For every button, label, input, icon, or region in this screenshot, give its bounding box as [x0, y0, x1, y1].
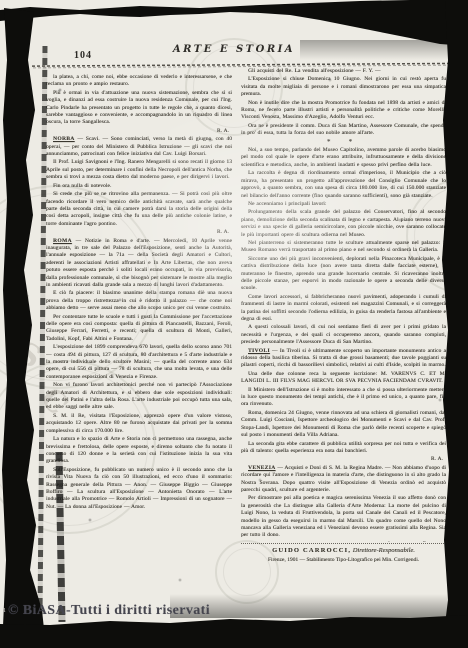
signature: R. A. — [46, 128, 229, 135]
paragraph: Non è inutile dire che la mostra Promotr… — [241, 100, 446, 122]
scan-shadow-bottom — [170, 594, 468, 618]
paragraph: Per dimostrare poi alla poetica e magica… — [241, 495, 446, 539]
paragraph: ROMA — Notizie in Roma e d'arte. — Merco… — [46, 238, 232, 290]
asterism-divider: * * — [241, 139, 446, 146]
paragraph: La seconda gita ebbe carattere di pubbli… — [241, 441, 446, 456]
paragraph: Per contentare tutte le scuole e tutti i… — [46, 314, 232, 344]
paragraph: Fin ora nulla di notevole. — [46, 183, 232, 190]
paragraph: S. M. il Re, visitata l'Esposizione, app… — [46, 413, 232, 435]
paragraph: Siccome uno dei più gravi inconvenienti,… — [241, 256, 446, 293]
scanned-page: E S C 104 ARTE E STORIA la platea, a chi… — [0, 0, 468, 648]
paragraph: NORBA — Scavi. — Sono cominciati, verso … — [46, 136, 232, 158]
paragraph: Noi, a suo tempo, parlando del Museo Cap… — [241, 147, 446, 169]
paragraph: Il Prof. Luigi Savignoni e l'Ing. Ranero… — [46, 159, 232, 181]
column-right: Gli acquisti del Re. La vendita all'espo… — [241, 68, 446, 542]
section-heading-venezia: VENEZIA — [248, 465, 276, 471]
paragraph: Gli acquisti del Re. La vendita all'espo… — [241, 68, 446, 75]
paragraph: Roma, domenica 24 Giugno, venne rinnovat… — [241, 410, 446, 440]
imprint-box: GUIDO CARROCCI, Direttore-Responsabile. … — [241, 543, 446, 564]
paragraph: La natura e lo spazio di Arte e Storia n… — [46, 436, 232, 466]
paragraph: L'esposizione del 1899 comprendeva 670 l… — [46, 344, 232, 381]
paragraph: VENEZIA — Acquisti e Doni di S. M. la Re… — [241, 465, 446, 495]
paragraph: E ciò fa piacere: il biasimo unanime del… — [46, 290, 232, 312]
paragraph: Prolungamento della scala grande del pal… — [241, 209, 446, 239]
imprint-line: Firenze, 1901 — Stabilimento Tipo-Litogr… — [241, 556, 446, 564]
paragraph: A questi colossali lavori, di cui noi se… — [241, 324, 446, 346]
director-name: GUIDO CARROCCI, — [272, 547, 351, 554]
paragraph: TIVOLI — In Tivoli si è ultimamente scop… — [241, 348, 446, 370]
paragraph: Ne accenniamo i principali lavori: — [241, 201, 446, 208]
paragraph: L'Esposizione si chiuse Domenica 10 Giug… — [241, 76, 446, 98]
section-heading-norba: NORBA — [53, 136, 75, 142]
paragraph: Una delle due colonne reca la seguente i… — [241, 371, 446, 386]
paragraph: Come lavori accessori, si fabbricheranno… — [241, 294, 446, 324]
signature: R. A. — [241, 456, 443, 463]
section-heading-roma: ROMA — [53, 238, 72, 244]
paragraph: Il Ministero dell'Istruzione si è molto … — [241, 387, 446, 409]
paragraph: Non vi furono lavori architettonici perc… — [46, 382, 232, 412]
paragraph: Sull'Esposizione, fu pubblicato un numer… — [46, 467, 232, 511]
copyright-watermark: © BiASA-Tutti i diritti riservati — [8, 603, 210, 619]
edge-mark: 1 — [3, 608, 6, 614]
paragraph: Più è ormai in via d'attuazione una nuov… — [46, 90, 232, 127]
signature: R. A. — [46, 229, 229, 236]
paragraph: La raccolta è degna di riordinamento orm… — [241, 170, 446, 200]
signature: Amico della Regina. — [241, 541, 443, 542]
column-left: la platea, a chi, come noi, ebbe occasio… — [46, 74, 232, 576]
paragraph: Si crede che più se ne ritrovino alla pe… — [46, 191, 232, 228]
director-role: Direttore-Responsabile. — [353, 547, 415, 554]
paragraph: la platea, a chi, come noi, ebbe occasio… — [46, 74, 232, 89]
paragraph: Nel pianterreno si sistemeranno tutte le… — [241, 240, 446, 255]
paragraph: Ora ne è presidente il comm. Duca di San… — [241, 123, 446, 138]
section-heading-tivoli: TIVOLI — [248, 348, 270, 354]
